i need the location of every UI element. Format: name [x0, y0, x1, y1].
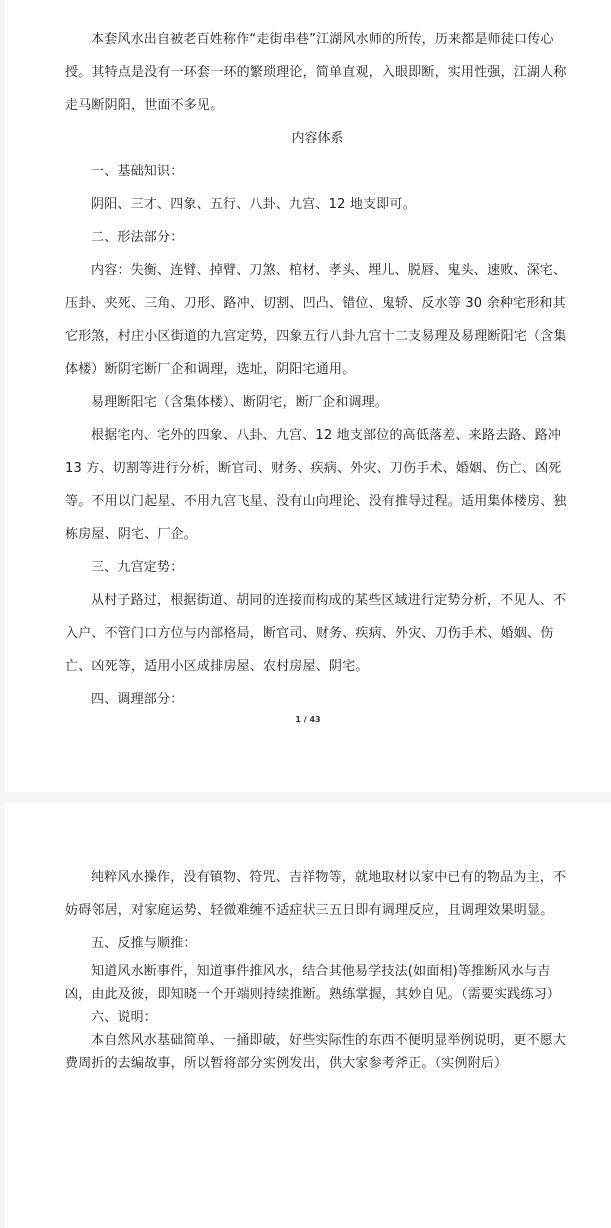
heading-form-method: 二、形法部分： [65, 221, 570, 254]
nine-palace-text: 从村子路过，根据街道、胡同的连接而构成的某些区域进行定势分析，不见人、不入户、不… [65, 584, 570, 683]
yili-yang-house-text: 易理断阳宅（含集体楼）、断阴宅，断厂企和调理。 [65, 386, 570, 419]
explanation-text: 本自然风水基础简单、一捅即破，好些实际性的东西不便明显举例说明，更不愿大费周折的… [65, 1029, 570, 1075]
document-page-1: 本套风水出自被老百姓称作“走街串巷”江湖风水师的所传，历来都是师徒口传心授。其特… [5, 0, 611, 792]
heading-basic-knowledge: 一、基础知识： [65, 155, 570, 188]
page-number: 1 / 43 [5, 715, 611, 724]
heading-adjustment: 四、调理部分： [65, 683, 570, 716]
basic-knowledge-text: 阴阳、三才、四象、五行、八卦、九宫、12 地支即可。 [65, 188, 570, 221]
page-2-body: 纯粹风水操作，没有镇物、符咒、吉祥物等，就地取材以家中已有的物品为主，不妨碍邻居… [65, 861, 570, 1075]
document-viewer[interactable]: 本套风水出自被老百姓称作“走街串巷”江湖风水师的所传，历来都是师徒口传心授。其特… [5, 0, 611, 1228]
adjustment-text: 纯粹风水操作，没有镇物、符咒、吉祥物等，就地取材以家中已有的物品为主，不妨碍邻居… [65, 861, 570, 927]
analysis-text: 根据宅内、宅外的四象、八卦、九宫、12 地支部位的高低落差、来路去路、路冲 13… [65, 419, 570, 551]
intro-paragraph: 本套风水出自被老百姓称作“走街串巷”江湖风水师的所传，历来都是师徒口传心授。其特… [65, 23, 570, 122]
section-title-content-system: 内容体系 [65, 122, 570, 155]
heading-explanation: 六、说明： [65, 1006, 570, 1029]
heading-nine-palace: 三、九宫定势： [65, 551, 570, 584]
form-method-content: 内容：失衡、连臂、掉臂、刀煞、棺材、孝头、埋儿、脱唇、鬼头、速败、深宅、压卦、夹… [65, 254, 570, 386]
page-1-body: 本套风水出自被老百姓称作“走街串巷”江湖风水师的所传，历来都是师徒口传心授。其特… [65, 23, 570, 716]
document-page-2: 纯粹风水操作，没有镇物、符咒、吉祥物等，就地取材以家中已有的物品为主，不妨碍邻居… [5, 803, 611, 1228]
reverse-forward-text: 知道风水断事件，知道事件推风水，结合其他易学技法(如面相)等推断风水与吉凶，由此… [65, 960, 570, 1006]
heading-reverse-forward: 五、反推与顺推： [65, 927, 570, 960]
